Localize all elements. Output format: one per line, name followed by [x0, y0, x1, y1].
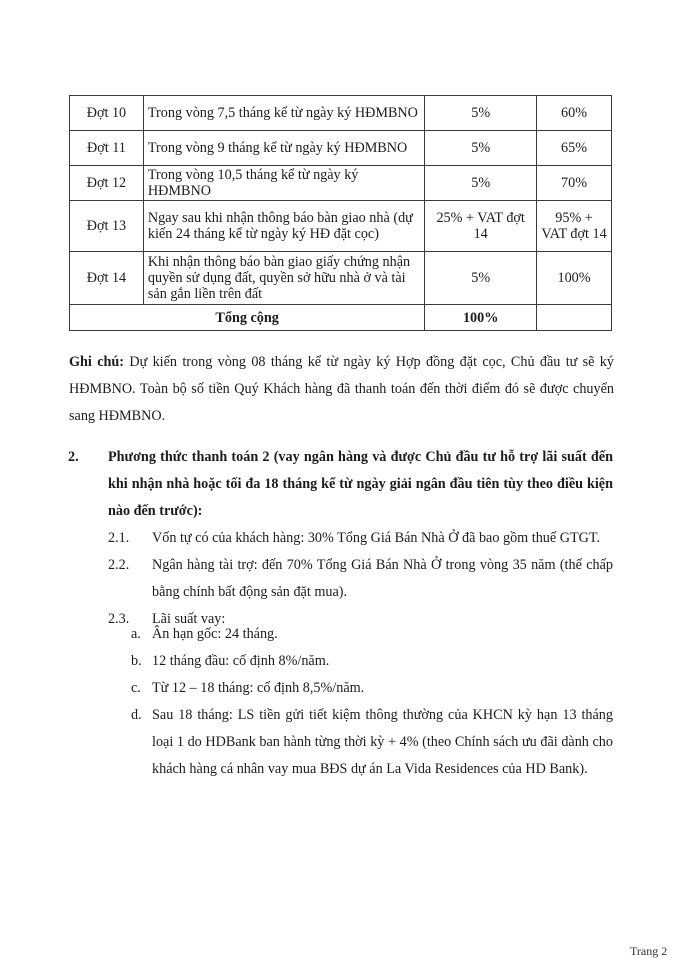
note-paragraph: Ghi chú: Dự kiến trong vòng 08 tháng kể …	[69, 349, 614, 430]
item-text: Ngân hàng tài trợ: đến 70% Tổng Giá Bán …	[152, 552, 613, 606]
rate-text: Từ 12 – 18 tháng: cố định 8,5%/năm.	[152, 675, 613, 702]
description-cell: Khi nhận thông báo bàn giao giấy chứng n…	[143, 252, 424, 305]
document-page: Đợt 10 Trong vòng 7,5 tháng kể từ ngày k…	[0, 0, 686, 970]
table-total-row: Tổng cộng 100%	[70, 305, 612, 331]
item-number: 2.1.	[108, 525, 129, 552]
cumulative-cell: 100%	[537, 252, 612, 305]
payment-schedule-table: Đợt 10 Trong vòng 7,5 tháng kể từ ngày k…	[69, 95, 612, 331]
table-row: Đợt 13 Ngay sau khi nhận thông báo bàn g…	[70, 201, 612, 252]
phase-cell: Đợt 13	[70, 201, 144, 252]
description-cell: Trong vòng 7,5 tháng kể từ ngày ký HĐMBN…	[143, 96, 424, 131]
section-number: 2.	[68, 444, 79, 471]
phase-cell: Đợt 14	[70, 252, 144, 305]
table-row: Đợt 12 Trong vòng 10,5 tháng kể từ ngày …	[70, 166, 612, 201]
description-cell: Ngay sau khi nhận thông báo bàn giao nhà…	[143, 201, 424, 252]
page-number: Trang 2	[630, 944, 667, 959]
phase-cell: Đợt 12	[70, 166, 144, 201]
description-cell: Trong vòng 10,5 tháng kể từ ngày ký HĐMB…	[143, 166, 424, 201]
item-number: 2.3.	[108, 606, 129, 633]
rate-text: Sau 18 tháng: LS tiền gửi tiết kiệm thôn…	[152, 702, 613, 783]
cumulative-cell: 60%	[537, 96, 612, 131]
rate-text: Ân hạn gốc: 24 tháng.	[152, 621, 613, 648]
section-heading: Phương thức thanh toán 2 (vay ngân hàng …	[108, 444, 613, 525]
table-row: Đợt 10 Trong vòng 7,5 tháng kể từ ngày k…	[70, 96, 612, 131]
cumulative-cell: 65%	[537, 131, 612, 166]
rate-letter: d.	[131, 702, 142, 729]
item-text: Vốn tự có của khách hàng: 30% Tổng Giá B…	[152, 525, 613, 552]
phase-cell: Đợt 10	[70, 96, 144, 131]
cumulative-cell: 95% + VAT đợt 14	[537, 201, 612, 252]
table-row: Đợt 11 Trong vòng 9 tháng kể từ ngày ký …	[70, 131, 612, 166]
cumulative-cell: 70%	[537, 166, 612, 201]
percent-cell: 5%	[425, 252, 537, 305]
rate-letter: b.	[131, 648, 142, 675]
note-text: Dự kiến trong vòng 08 tháng kể từ ngày k…	[69, 354, 614, 424]
rate-letter: a.	[131, 621, 141, 648]
total-percent: 100%	[425, 305, 537, 331]
percent-cell: 5%	[425, 166, 537, 201]
description-cell: Trong vòng 9 tháng kể từ ngày ký HĐMBNO	[143, 131, 424, 166]
rate-text: 12 tháng đầu: cố định 8%/năm.	[152, 648, 613, 675]
total-label: Tổng cộng	[70, 305, 425, 331]
item-number: 2.2.	[108, 552, 129, 579]
percent-cell: 25% + VAT đợt 14	[425, 201, 537, 252]
table-row: Đợt 14 Khi nhận thông báo bàn giao giấy …	[70, 252, 612, 305]
note-label: Ghi chú:	[69, 354, 124, 370]
phase-cell: Đợt 11	[70, 131, 144, 166]
rate-letter: c.	[131, 675, 141, 702]
percent-cell: 5%	[425, 131, 537, 166]
total-cumulative	[537, 305, 612, 331]
percent-cell: 5%	[425, 96, 537, 131]
